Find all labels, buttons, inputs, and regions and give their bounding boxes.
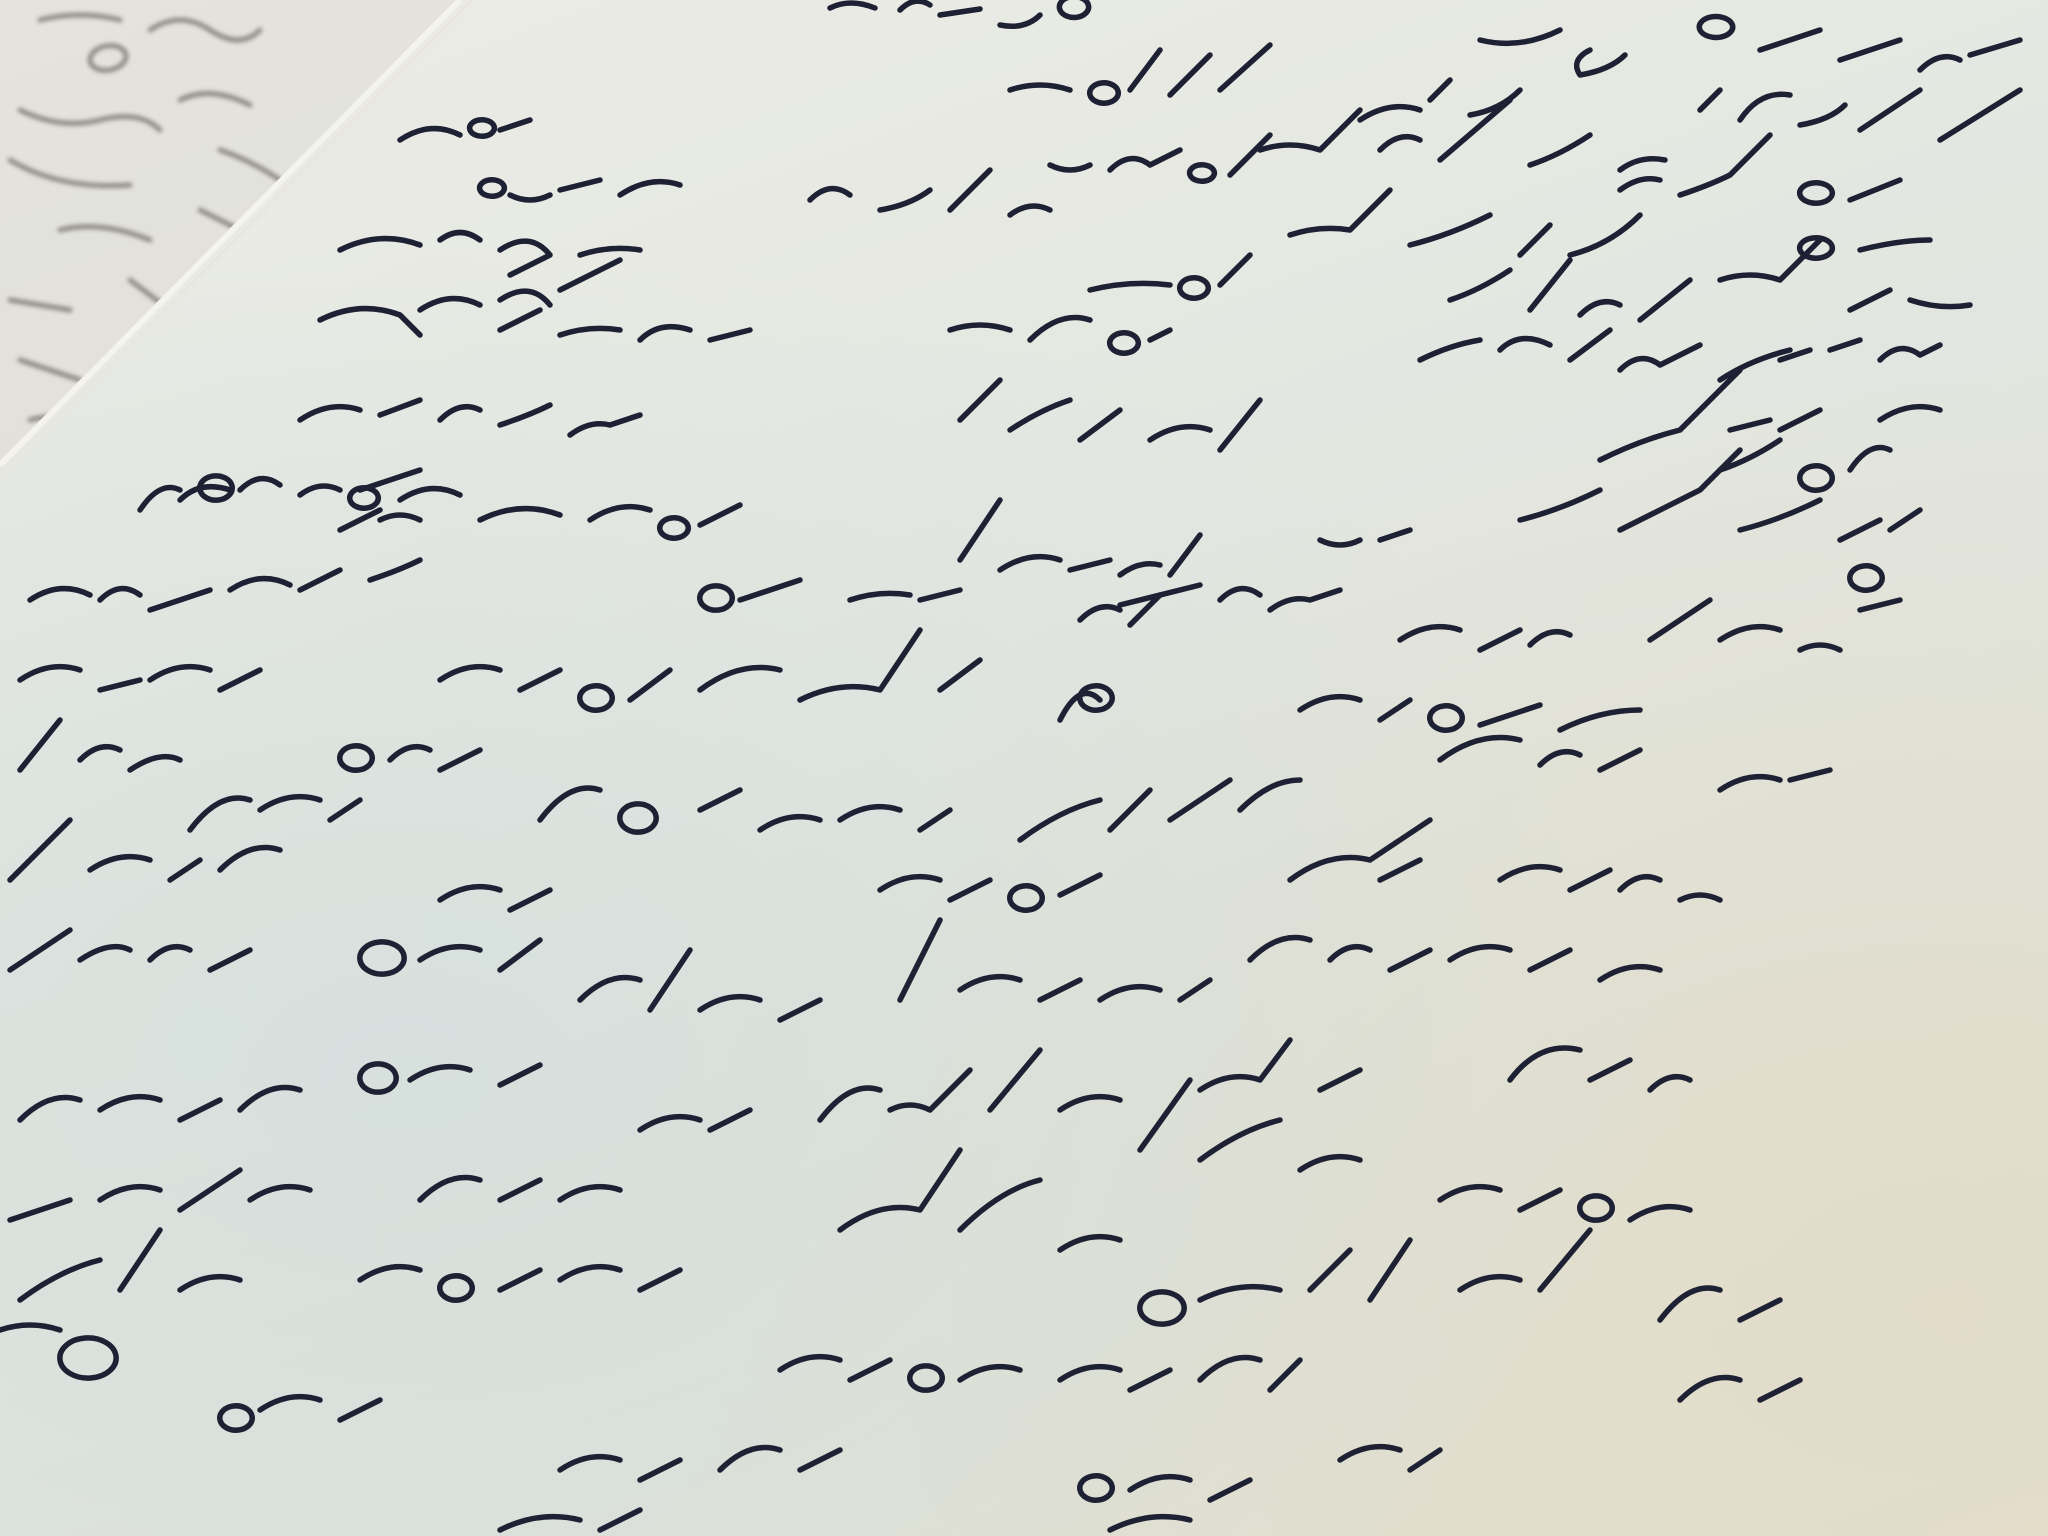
ink-stroke — [20, 1230, 240, 1300]
ink-stroke — [400, 120, 530, 140]
ink-stroke — [1300, 697, 1640, 731]
ink-stroke — [300, 400, 640, 435]
ink-stroke — [1340, 1447, 1440, 1470]
ink-stroke — [1730, 407, 1940, 430]
ink-stroke — [1440, 1187, 1690, 1220]
ink-stroke — [360, 1267, 680, 1301]
ink-stroke — [20, 667, 260, 690]
ink-stroke — [1800, 180, 1900, 203]
ink-stroke — [830, 0, 1089, 26]
ink-stroke — [1020, 780, 1300, 840]
ink-stroke — [1720, 770, 1830, 790]
ink-stroke — [440, 667, 670, 711]
ink-stroke — [1060, 1358, 1300, 1391]
ink-stroke — [820, 1050, 1120, 1120]
ink-stroke — [960, 500, 1200, 575]
ink-stroke — [1060, 686, 1112, 720]
ink-stroke — [1660, 1288, 1780, 1320]
ink-stroke — [10, 1170, 310, 1220]
ink-stroke — [1080, 1476, 1250, 1500]
ink-stroke — [900, 920, 1210, 1000]
ink-stroke — [1450, 260, 1690, 320]
ink-stroke — [1120, 585, 1340, 610]
ink-stroke — [950, 318, 1170, 354]
ink-stroke — [1290, 190, 1640, 255]
front-page-handwriting — [0, 0, 2048, 1536]
ink-stroke — [1260, 100, 1665, 170]
ink-stroke — [1520, 450, 1920, 540]
ink-stroke — [500, 260, 620, 305]
ink-stroke — [1110, 1517, 1190, 1530]
ink-stroke — [360, 1064, 540, 1092]
ink-stroke — [200, 476, 460, 508]
ink-stroke — [960, 380, 1260, 450]
ink-stroke — [340, 746, 480, 770]
ink-stroke — [10, 820, 280, 880]
ink-stroke — [500, 1510, 640, 1530]
ink-stroke — [640, 1110, 750, 1130]
ink-stroke — [540, 788, 740, 832]
ink-stroke — [1050, 135, 1270, 181]
ink-stroke — [20, 1088, 300, 1121]
ink-stroke — [810, 170, 1050, 215]
ink-stroke — [1460, 1230, 1590, 1290]
ink-stroke — [360, 940, 540, 974]
ink-stroke — [1500, 867, 1720, 900]
ink-stroke — [1840, 40, 2020, 70]
ink-stroke — [220, 1397, 380, 1431]
ink-stroke — [20, 720, 180, 770]
ink-stroke — [480, 180, 680, 200]
ink-stroke — [1480, 17, 1820, 75]
ink-stroke — [1680, 1378, 1800, 1401]
ink-stroke — [1650, 600, 1840, 650]
ink-stroke — [780, 1357, 1020, 1390]
ink-stroke — [700, 580, 960, 610]
ink-stroke — [1510, 1048, 1690, 1090]
ink-stroke — [0, 1325, 116, 1378]
ink-stroke — [880, 875, 1100, 910]
ink-stroke — [1140, 1080, 1360, 1170]
ink-stroke — [10, 930, 250, 970]
ink-stroke — [1090, 255, 1250, 298]
ink-stroke — [1620, 135, 1770, 195]
handwritten-pages-photo — [0, 0, 2048, 1536]
ink-stroke — [700, 630, 980, 700]
ink-stroke — [1780, 340, 1940, 360]
ink-stroke — [1400, 627, 1570, 650]
ink-stroke — [340, 233, 640, 276]
ink-stroke — [480, 505, 740, 538]
ink-stroke — [1600, 370, 1890, 490]
ink-stroke — [1700, 90, 2020, 140]
ink-stroke — [580, 950, 820, 1020]
ink-stroke — [1250, 938, 1660, 981]
ink-stroke — [1850, 566, 1900, 610]
ink-stroke — [1010, 45, 1270, 103]
ink-stroke — [1440, 738, 1640, 771]
ink-stroke — [420, 1178, 620, 1201]
ink-stroke — [440, 887, 550, 910]
ink-stroke — [560, 1448, 840, 1481]
ink-stroke — [1200, 1040, 1360, 1090]
ink-stroke — [840, 1150, 1120, 1250]
ink-stroke — [1320, 530, 1410, 545]
ink-stroke — [1720, 240, 1970, 310]
ink-stroke — [760, 807, 950, 830]
ink-stroke — [1140, 1240, 1410, 1324]
ink-stroke — [320, 299, 750, 340]
ink-stroke — [1290, 820, 1430, 880]
ink-stroke — [30, 560, 420, 610]
ink-stroke — [190, 797, 360, 830]
